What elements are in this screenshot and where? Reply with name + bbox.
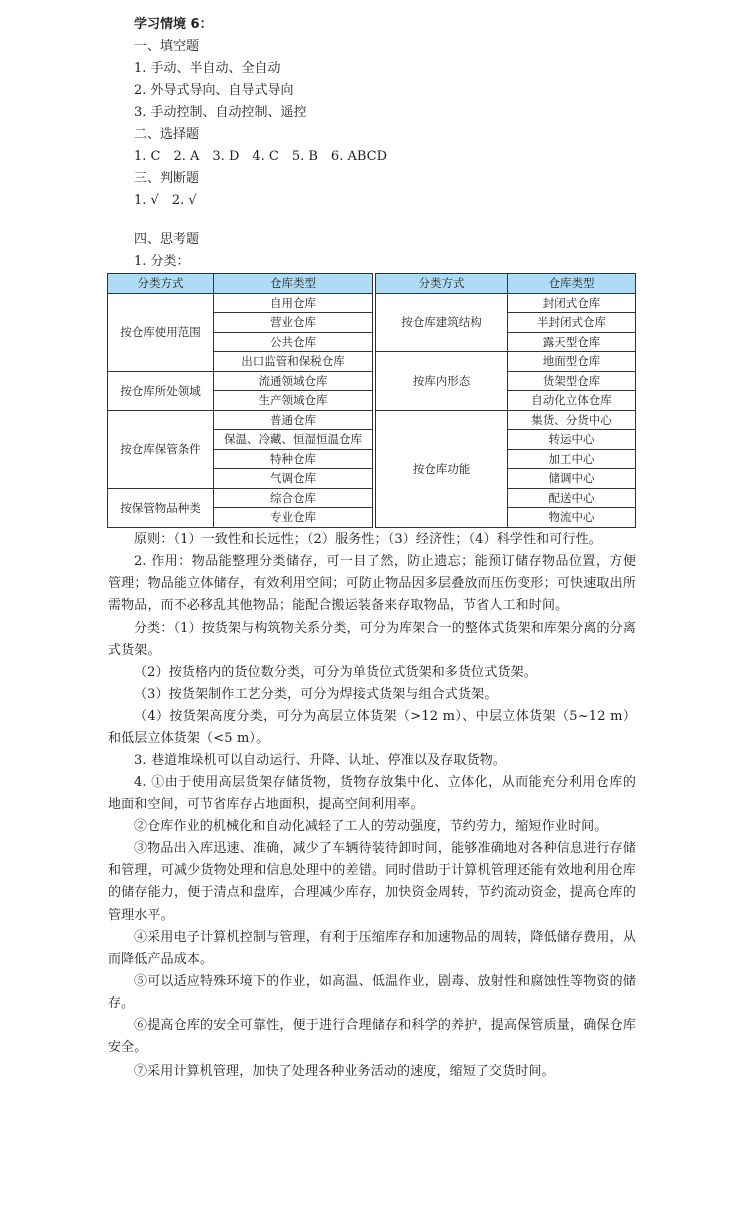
table-type-cell: 露天型仓库: [508, 332, 636, 352]
classification-paragraph-3: （3）按货架制作工艺分类，可分为焊接式货架与组合式货架。: [108, 684, 636, 706]
fill-blank-answer-3: 3. 手动控制、自动控制、遥控: [134, 104, 307, 122]
fill-blank-answer-1: 1. 手动、半自动、全自动: [134, 60, 281, 78]
table-method-cell: 按仓库建筑结构: [376, 293, 508, 352]
question-1-label: 1. 分类：: [134, 253, 190, 271]
table-type-cell: 公共仓库: [214, 332, 373, 352]
table-type-cell: 出口监管和保税仓库: [214, 352, 373, 372]
thinking-heading: 四、思考题: [134, 231, 199, 249]
advantage-paragraph-1: 4. ①由于使用高层货架存储货物，货物存放集中化、立体化，从而能充分利用仓库的地…: [108, 772, 636, 816]
table-type-cell: 地面型仓库: [508, 352, 636, 372]
advantage-paragraph-6: ⑥提高仓库的安全可靠性，便于进行合理储存和科学的养护，提高保管质量，确保仓库安全…: [108, 1015, 636, 1059]
fill-blank-answer-2: 2. 外导式导向、自导式导向: [134, 82, 294, 100]
table-type-cell: 转运中心: [508, 430, 636, 450]
judgement-answers: 1. √ 2. √: [134, 192, 197, 210]
stacker-paragraph: 3. 巷道堆垛机可以自动运行、升降、认址、停准以及存取货物。: [108, 750, 636, 772]
advantage-paragraph-7: ⑦采用计算机管理，加快了处理各种业务活动的速度，缩短了交货时间。: [108, 1061, 636, 1083]
section-title: 学习情境 6：: [134, 16, 213, 34]
table-method-cell: 按仓库保管条件: [108, 410, 214, 488]
table-type-cell: 流通领域仓库: [214, 371, 373, 391]
table-type-cell: 集货、分货中心: [508, 410, 636, 430]
table-type-cell: 营业仓库: [214, 313, 373, 333]
choice-heading: 二、选择题: [134, 126, 199, 144]
classification-paragraph-2: （2）按货格内的货位数分类，可分为单货位式货架和多货位式货架。: [108, 662, 636, 684]
table-type-cell: 自用仓库: [214, 293, 373, 313]
table-type-cell: 封闭式仓库: [508, 293, 636, 313]
function-paragraph: 2. 作用：物品能整理分类储存，可一目了然，防止遗忘；能预订储存物品位置，方便管…: [108, 551, 636, 618]
warehouse-classification-table-left: 分类方式 仓库类型 按仓库使用范围 自用仓库 营业仓库 公共仓库 出口监管和保税…: [107, 273, 373, 528]
table-type-cell: 保温、冷藏、恒湿恒温仓库: [214, 430, 373, 450]
classification-paragraph-1: 分类：（1）按货架与构筑物关系分类，可分为库架合一的整体式货架和库架分离的分离式…: [108, 618, 636, 662]
judgement-heading: 三、判断题: [134, 170, 199, 188]
table-header-type: 仓库类型: [214, 274, 373, 294]
table-type-cell: 货架型仓库: [508, 371, 636, 391]
table-method-cell: 按保管物品种类: [108, 488, 214, 527]
principles-paragraph: 原则：（1）一致性和长远性；（2）服务性；（3）经济性；（4）科学性和可行性。: [108, 529, 636, 551]
table-method-cell: 按仓库所处领域: [108, 371, 214, 410]
table-type-cell: 综合仓库: [214, 488, 373, 508]
table-type-cell: 物流中心: [508, 508, 636, 528]
table-type-cell: 半封闭式仓库: [508, 313, 636, 333]
table-header-type: 仓库类型: [508, 274, 636, 294]
table-type-cell: 自动化立体仓库: [508, 391, 636, 411]
advantage-paragraph-5: ⑤可以适应特殊环境下的作业，如高温、低温作业，剧毒、放射性和腐蚀性等物资的储存。: [108, 971, 636, 1015]
advantage-paragraph-2: ②仓库作业的机械化和自动化减轻了工人的劳动强度，节约劳力，缩短作业时间。: [108, 816, 636, 838]
table-header-method: 分类方式: [108, 274, 214, 294]
table-header-method: 分类方式: [376, 274, 508, 294]
table-method-cell: 按仓库使用范围: [108, 293, 214, 371]
table-type-cell: 储调中心: [508, 469, 636, 489]
choice-answers: 1. C 2. A 3. D 4. C 5. B 6. ABCD: [134, 148, 387, 166]
advantage-paragraph-3: ③物品出入库迅速、准确，减少了车辆待装待卸时间，能够准确地对各种信息进行存储和管…: [108, 838, 636, 927]
table-type-cell: 生产领域仓库: [214, 391, 373, 411]
advantage-paragraph-4: ④采用电子计算机控制与管理，有利于压缩库存和加速物品的周转，降低储存费用，从而降…: [108, 927, 636, 971]
table-method-cell: 按库内形态: [376, 352, 508, 411]
table-type-cell: 专业仓库: [214, 508, 373, 528]
table-type-cell: 配送中心: [508, 488, 636, 508]
classification-paragraph-4: （4）按货架高度分类，可分为高层立体货架（>12 m）、中层立体货架（5~12 …: [108, 706, 636, 750]
table-type-cell: 特种仓库: [214, 449, 373, 469]
fill-blank-heading: 一、填空题: [134, 38, 199, 56]
table-type-cell: 普通仓库: [214, 410, 373, 430]
warehouse-classification-table-right: 分类方式 仓库类型 按仓库建筑结构 封闭式仓库 半封闭式仓库 露天型仓库 按库内…: [375, 273, 636, 528]
table-type-cell: 加工中心: [508, 449, 636, 469]
table-method-cell: 按仓库功能: [376, 410, 508, 527]
table-type-cell: 气调仓库: [214, 469, 373, 489]
